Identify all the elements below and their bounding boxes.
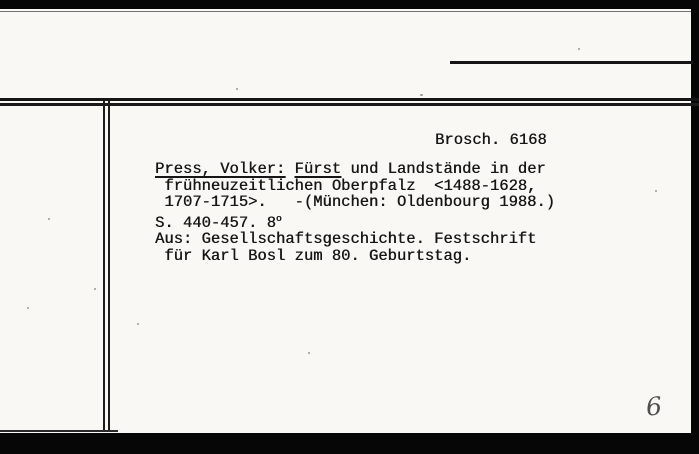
scan-speck xyxy=(94,288,96,290)
scan-border-top xyxy=(0,0,699,9)
scan-speck xyxy=(308,352,310,354)
scan-speck xyxy=(578,48,580,50)
entry-line-4: S. 440-457. 8o xyxy=(155,211,555,232)
catalog-card-scan: Brosch. 6168 Press, Volker:Fürst und Lan… xyxy=(0,0,699,454)
scan-speck xyxy=(137,323,139,325)
shelfmark: Brosch. 6168 xyxy=(435,132,547,149)
scan-speck xyxy=(420,94,423,96)
pages-and-format: S. 440-457. 8 xyxy=(155,214,276,232)
scan-hairline-top xyxy=(0,11,699,12)
title-rest: und Landstände in der xyxy=(341,160,546,178)
entry-line-2: frühneuzeitlichen Oberpfalz <1488-1628, xyxy=(155,178,555,195)
entry-line-3: 1707-1715>. -(München: Oldenbourg 1988.) xyxy=(155,194,555,211)
author-name: Press, Volker: xyxy=(155,160,285,178)
entry-line-5: Aus: Gesellschaftsgeschichte. Festschrif… xyxy=(155,231,555,248)
header-rule-right xyxy=(450,61,693,64)
catalog-entry: Press, Volker:Fürst und Landstände in de… xyxy=(155,161,555,265)
card-left-edge-line-outer xyxy=(103,100,105,430)
title-first-word: Fürst xyxy=(295,160,342,178)
scan-border-bottom xyxy=(0,433,699,454)
scan-speck xyxy=(236,88,238,90)
octavo-superscript: o xyxy=(276,213,282,224)
entry-line-1: Press, Volker:Fürst und Landstände in de… xyxy=(155,161,555,178)
card-left-edge-line-inner xyxy=(108,100,110,430)
scan-border-right xyxy=(691,0,699,454)
entry-line-6: für Karl Bosl zum 80. Geburtstag. xyxy=(155,248,555,265)
scan-hairline-bottom-left xyxy=(0,430,118,432)
scan-speck xyxy=(655,190,657,192)
scan-speck xyxy=(27,307,29,309)
handwritten-page-number: 6 xyxy=(645,391,663,421)
scan-speck xyxy=(48,218,50,220)
